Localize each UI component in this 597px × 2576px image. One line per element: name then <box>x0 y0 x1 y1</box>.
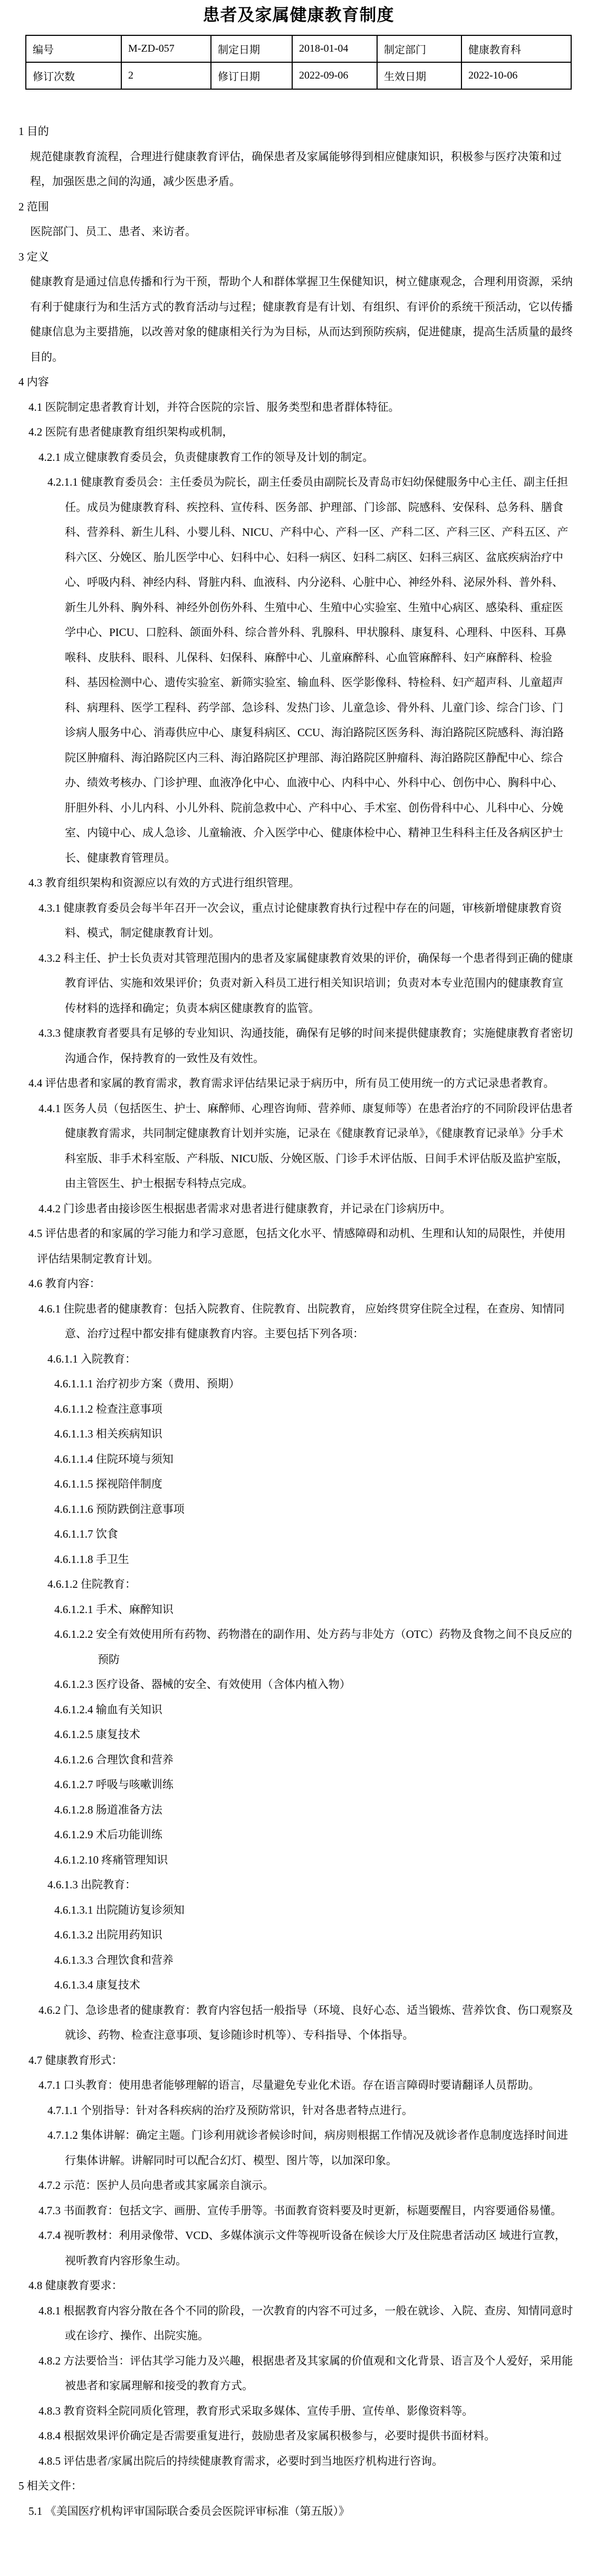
section-3: 3 定义 <box>0 245 573 270</box>
section-number: 4.7.1.1 <box>47 2104 78 2117</box>
section-number: 4.6.1.1.5 <box>54 1478 93 1490</box>
section-4.3: 4.3 教育组织架构和资源应以有效的方式进行组织管理。 <box>0 871 573 896</box>
section-text: 手术、麻醉知识 <box>96 1603 174 1616</box>
section-text: 呼吸与咳嗽训练 <box>96 1778 174 1791</box>
paragraph: 医院部门、员工、患者、来访者。 <box>0 219 573 245</box>
section-number: 4.1 <box>28 401 42 413</box>
section-4.3.1: 4.3.1 健康教育委员会每半年召开一次会议，重点讨论健康教育执行过程中存在的问… <box>0 896 573 946</box>
section-4.7.1: 4.7.1 口头教育：使用患者能够理解的语言，尽量避免专业化术语。存在语言障碍时… <box>0 2073 573 2098</box>
section-text: 健康教育是通过信息传播和行为干预，帮助个人和群体掌握卫生保健知识，树立健康观念，… <box>30 275 573 363</box>
section-4.6.1.2.9: 4.6.1.2.9 术后功能训练 <box>0 1822 573 1848</box>
section-text: 医务人员（包括医生、护士、麻醉师、心理咨询师、营养师、康复师等）在患者治疗的不同… <box>63 1102 573 1190</box>
section-4.6.1.1: 4.6.1.1 入院教育： <box>0 1347 573 1372</box>
section-number: 4.2 <box>28 426 42 438</box>
section-number: 4.6.1.3.3 <box>54 1954 93 1966</box>
section-text: 医院有患者健康教育组织架构或机制， <box>45 426 234 438</box>
section-number: 4.6.1.3 <box>47 1878 78 1891</box>
section-4.7.4: 4.7.4 视听教材：利用录像带、VCD、多媒体演示文件等视听设备在候诊大厅及住… <box>0 2223 573 2273</box>
section-text: 检查注意事项 <box>96 1403 162 1415</box>
section-text: 健康教育要求： <box>45 2279 123 2292</box>
document-title: 患者及家属健康教育制度 <box>0 2 597 27</box>
section-4.6.1.2.1: 4.6.1.2.1 手术、麻醉知识 <box>0 1597 573 1623</box>
section-number: 5.1 <box>28 2505 42 2517</box>
meta-label: 制定日期 <box>211 35 292 62</box>
section-text: 住院患者的健康教育：包括入院教育、住院教育、出院教育， 应始终贯穿住院全过程，在… <box>63 1303 564 1340</box>
section-number: 4.8.5 <box>38 2455 61 2467</box>
section-1: 1 目的 <box>0 119 573 144</box>
section-text: 入院教育： <box>81 1353 136 1365</box>
section-text: 康复技术 <box>96 1728 140 1741</box>
section-4.6.1.2.7: 4.6.1.2.7 呼吸与咳嗽训练 <box>0 1772 573 1798</box>
section-4.8.2: 4.8.2 方法要恰当：评估其学习能力及兴趣，根据患者及其家属的价值观和文化背景… <box>0 2349 573 2399</box>
section-text: 书面教育：包括文字、画册、宣传手册等。书面教育资料要及时更新，标题要醒目，内容要… <box>63 2204 562 2217</box>
meta-table: 编号M-ZD-057制定日期2018-01-04制定部门健康教育科修订次数2修订… <box>25 35 572 90</box>
section-number: 4.2.1.1 <box>47 476 78 488</box>
section-text: 教育组织架构和资源应以有效的方式进行组织管理。 <box>45 876 300 889</box>
section-number: 4.6.1.3.2 <box>54 1928 93 1941</box>
section-number: 4.6.1.2.5 <box>54 1728 93 1741</box>
meta-table-row: 编号M-ZD-057制定日期2018-01-04制定部门健康教育科 <box>26 35 571 62</box>
section-4.7: 4.7 健康教育形式： <box>0 2048 573 2073</box>
section-4.8: 4.8 健康教育要求： <box>0 2273 573 2299</box>
section-text: 住院环境与须知 <box>96 1453 174 1465</box>
section-number: 4.4 <box>28 1077 42 1089</box>
section-number: 4.6.1.2.8 <box>54 1803 93 1816</box>
meta-label: 修订日期 <box>211 62 292 89</box>
section-4.8.4: 4.8.4 根据效果评价确定是否需要重复进行，鼓励患者及家属积极参与，必要时提供… <box>0 2424 573 2449</box>
section-number: 4.8.1 <box>38 2304 61 2317</box>
section-number: 4.7.4 <box>38 2229 61 2242</box>
section-text: 方法要恰当：评估其学习能力及兴趣，根据患者及其家属的价值观和文化背景、语言及个人… <box>63 2355 573 2392</box>
section-text: 评估患者/家属出院后的持续健康教育需求，必要时到当地医疗机构进行咨询。 <box>63 2455 443 2467</box>
section-number: 4.8 <box>28 2279 42 2292</box>
section-text: 疼痛管理知识 <box>101 1854 168 1866</box>
section-4.6.1.3.3: 4.6.1.3.3 合理饮食和营养 <box>0 1948 573 1973</box>
section-number: 4.7.1 <box>38 2079 61 2091</box>
section-number: 4.3.2 <box>38 952 61 964</box>
section-number: 4.6.1.2.10 <box>54 1854 99 1866</box>
section-2: 2 范围 <box>0 195 573 220</box>
section-number: 4.6.1.1.3 <box>54 1427 93 1440</box>
meta-value: M-ZD-057 <box>121 35 211 62</box>
section-4.8.1: 4.8.1 根据教育内容分散在各个不同的阶段，一次教育的内容不可过多，一般在就诊… <box>0 2299 573 2349</box>
section-4.6.1.1.5: 4.6.1.1.5 探视陪伴制度 <box>0 1472 573 1497</box>
meta-label: 生效日期 <box>377 62 461 89</box>
section-text: 范围 <box>27 200 49 213</box>
section-number: 4.7.2 <box>38 2179 61 2192</box>
section-4: 4 内容 <box>0 370 573 395</box>
meta-value: 健康教育科 <box>461 35 571 62</box>
section-text: 肠道准备方法 <box>96 1803 162 1816</box>
section-text: 目的 <box>27 125 49 138</box>
meta-table-row: 修订次数2修订日期2022-09-06生效日期2022-10-06 <box>26 62 571 89</box>
section-4.3.2: 4.3.2 科主任、护士长负责对其管理范围内的患者及家属健康教育效果的评价，确保… <box>0 946 573 1021</box>
section-text: 评估患者的和家属的学习能力和学习意愿，包括文化水平、情感障碍和动机、生理和认知的… <box>37 1227 566 1265</box>
section-number: 4.3.1 <box>38 902 61 914</box>
section-number: 4.2.1 <box>38 451 61 464</box>
meta-value: 2022-10-06 <box>461 62 571 89</box>
section-4.4.2: 4.4.2 门诊患者由接诊医生根据患者需求对患者进行健康教育，并记录在门诊病历中… <box>0 1197 573 1222</box>
section-number: 4.6.1.1.7 <box>54 1528 93 1540</box>
section-4.6.1: 4.6.1 住院患者的健康教育：包括入院教育、住院教育、出院教育， 应始终贯穿住… <box>0 1297 573 1347</box>
section-text: 出院教育： <box>81 1878 136 1891</box>
section-number: 4.6.1.1.4 <box>54 1453 93 1465</box>
section-number: 4.6.1.2.6 <box>54 1753 93 1766</box>
section-number: 1 <box>18 125 24 138</box>
section-number: 4.6.1.2.3 <box>54 1678 93 1691</box>
section-text: 探视陪伴制度 <box>96 1478 162 1490</box>
section-number: 4.8.2 <box>38 2355 61 2367</box>
section-4.6.1.2.10: 4.6.1.2.10 疼痛管理知识 <box>0 1848 573 1873</box>
section-number: 4.6.1.1.8 <box>54 1553 93 1566</box>
section-4.6.1.2.3: 4.6.1.2.3 医疗设备、器械的安全、有效使用（含体内植入物） <box>0 1672 573 1697</box>
section-text: 规范健康教育流程，合理进行健康教育评估，确保患者及家属能够得到相应健康知识，积极… <box>30 150 562 188</box>
section-text: 合理饮食和营养 <box>96 1753 174 1766</box>
meta-label: 制定部门 <box>377 35 461 62</box>
section-4.3.3: 4.3.3 健康教育者要具有足够的专业知识、沟通技能，确保有足够的时间来提供健康… <box>0 1021 573 1071</box>
section-number: 4.6.1.2.1 <box>54 1603 93 1616</box>
section-text: 成立健康教育委员会，负责健康教育工作的领导及计划的制定。 <box>63 451 373 464</box>
section-number: 4.6.2 <box>38 2004 61 2017</box>
section-text: 门诊患者由接诊医生根据患者需求对患者进行健康教育，并记录在门诊病历中。 <box>63 1202 451 1215</box>
section-4.6.1.3.2: 4.6.1.3.2 出院用药知识 <box>0 1923 573 1948</box>
section-text: 根据效果评价确定是否需要重复进行，鼓励患者及家属积极参与，必要时提供书面材料。 <box>63 2429 495 2442</box>
section-text: 术后功能训练 <box>96 1828 162 1841</box>
section-4.6.1.2.4: 4.6.1.2.4 输血有关知识 <box>0 1697 573 1723</box>
section-number: 4.6.1.2.2 <box>54 1628 93 1641</box>
section-text: 个别指导：针对各科疾病的治疗及预防常识，针对各患者特点进行。 <box>81 2104 413 2117</box>
section-text: 合理饮食和营养 <box>96 1954 174 1966</box>
section-number: 4.7.1.2 <box>47 2129 78 2141</box>
section-4.6.1.3: 4.6.1.3 出院教育： <box>0 1873 573 1898</box>
section-text: 医疗设备、器械的安全、有效使用（含体内植入物） <box>96 1678 351 1691</box>
section-4.1: 4.1 医院制定患者教育计划，并符合医院的宗旨、服务类型和患者群体特征。 <box>0 395 573 420</box>
section-text: 出院用药知识 <box>96 1928 162 1941</box>
section-text: 评估患者和家属的教育需求，教育需求评估结果记录于病历中，所有员工使用统一的方式记… <box>45 1077 555 1089</box>
section-number: 4.5 <box>28 1227 42 1240</box>
section-number: 4.6.1.1 <box>47 1353 78 1365</box>
section-number: 4 <box>18 375 24 388</box>
section-4.6.1.3.1: 4.6.1.3.1 出院随访复诊须知 <box>0 1898 573 1923</box>
section-number: 4.3 <box>28 876 42 889</box>
section-4.7.2: 4.7.2 示范：医护人员向患者或其家属亲自演示。 <box>0 2173 573 2198</box>
section-text: 口头教育：使用患者能够理解的语言，尽量避免专业化术语。存在语言障碍时要请翻译人员… <box>63 2079 540 2091</box>
section-4.6.1.1.3: 4.6.1.1.3 相关疾病知识 <box>0 1422 573 1447</box>
paragraph: 健康教育是通过信息传播和行为干预，帮助个人和群体掌握卫生保健知识，树立健康观念，… <box>0 269 573 370</box>
section-4.6.1.1.8: 4.6.1.1.8 手卫生 <box>0 1547 573 1572</box>
section-4.4.1: 4.4.1 医务人员（包括医生、护士、麻醉师、心理咨询师、营养师、康复师等）在患… <box>0 1096 573 1197</box>
section-5: 5 相关文件： <box>0 2474 573 2499</box>
section-number: 2 <box>18 200 24 213</box>
section-number: 3 <box>18 250 24 263</box>
section-number: 4.6.1.2.4 <box>54 1703 93 1716</box>
section-4.7.1.2: 4.7.1.2 集体讲解：确定主题。门诊利用就诊者候诊时间，病房则根据工作情况及… <box>0 2123 573 2173</box>
section-text: 教育资料全院同质化管理，教育形式采取多媒体、宣传手册、宣传单、影像资料等。 <box>63 2405 473 2417</box>
section-text: 根据教育内容分散在各个不同的阶段，一次教育的内容不可过多，一般在就诊、入院、查房… <box>63 2304 573 2342</box>
section-number: 4.6.1.1.2 <box>54 1403 93 1415</box>
section-4.5: 4.5 评估患者的和家属的学习能力和学习意愿，包括文化水平、情感障碍和动机、生理… <box>0 1221 573 1271</box>
section-text: 门、急诊患者的健康教育：教育内容包括一般指导（环境、良好心态、适当锻炼、营养饮食… <box>63 2004 573 2042</box>
section-4.8.3: 4.8.3 教育资料全院同质化管理，教育形式采取多媒体、宣传手册、宣传单、影像资… <box>0 2399 573 2424</box>
section-4.7.3: 4.7.3 书面教育：包括文字、画册、宣传手册等。书面教育资料要及时更新，标题要… <box>0 2198 573 2224</box>
section-4.6.1.2.2: 4.6.1.2.2 安全有效使用所有药物、药物潜在的副作用、处方药与非处方（OT… <box>0 1622 573 1672</box>
section-number: 4.6 <box>28 1277 42 1290</box>
section-number: 4.7 <box>28 2054 42 2067</box>
section-number: 4.6.1.1.1 <box>54 1377 93 1390</box>
section-text: 输血有关知识 <box>96 1703 162 1716</box>
section-text: 出院随访复诊须知 <box>96 1904 185 1916</box>
section-number: 4.8.4 <box>38 2429 61 2442</box>
section-number: 4.4.1 <box>38 1102 61 1115</box>
section-4.6.1.1.2: 4.6.1.1.2 检查注意事项 <box>0 1397 573 1422</box>
section-5.1: 5.1 《美国医疗机构评审国际联合委员会医院评审标准（第五版）》 <box>0 2499 573 2524</box>
meta-label: 编号 <box>26 35 121 62</box>
section-text: 教育内容： <box>45 1277 101 1290</box>
section-number: 4.6.1.2 <box>47 1578 78 1590</box>
section-number: 5 <box>18 2479 24 2492</box>
meta-value: 2022-09-06 <box>292 62 377 89</box>
section-text: 示范：医护人员向患者或其家属亲自演示。 <box>63 2179 274 2192</box>
section-4.6.1.1.7: 4.6.1.1.7 饮食 <box>0 1522 573 1547</box>
section-4.6: 4.6 教育内容： <box>0 1271 573 1297</box>
section-4.4: 4.4 评估患者和家属的教育需求，教育需求评估结果记录于病历中，所有员工使用统一… <box>0 1071 573 1096</box>
document-page: 患者及家属健康教育制度 编号M-ZD-057制定日期2018-01-04制定部门… <box>0 0 597 2576</box>
section-4.6.1.2.5: 4.6.1.2.5 康复技术 <box>0 1722 573 1748</box>
section-text: 治疗初步方案（费用、预期） <box>96 1377 240 1390</box>
section-text: 手卫生 <box>96 1553 129 1566</box>
section-number: 4.3.3 <box>38 1027 61 1039</box>
section-4.6.1.1.1: 4.6.1.1.1 治疗初步方案（费用、预期） <box>0 1372 573 1397</box>
section-text: 安全有效使用所有药物、药物潜在的副作用、处方药与非处方（OTC）药物及食物之间不… <box>96 1628 572 1666</box>
section-text: 饮食 <box>96 1528 118 1540</box>
section-text: 定义 <box>27 250 49 263</box>
document-body: 1 目的规范健康教育流程，合理进行健康教育评估，确保患者及家属能够得到相应健康知… <box>0 119 597 2524</box>
section-text: 健康教育形式： <box>45 2054 123 2067</box>
meta-label: 修订次数 <box>26 62 121 89</box>
section-text: 预防跌倒注意事项 <box>96 1503 185 1516</box>
section-text: 内容 <box>27 375 49 388</box>
section-4.6.1.2.8: 4.6.1.2.8 肠道准备方法 <box>0 1798 573 1823</box>
section-text: 视听教材：利用录像带、VCD、多媒体演示文件等视听设备在候诊大厅及住院患者活动区… <box>63 2229 566 2267</box>
section-4.2.1: 4.2.1 成立健康教育委员会，负责健康教育工作的领导及计划的制定。 <box>0 445 573 470</box>
meta-value: 2018-01-04 <box>292 35 377 62</box>
meta-table-body: 编号M-ZD-057制定日期2018-01-04制定部门健康教育科修订次数2修订… <box>26 35 571 89</box>
section-number: 4.6.1.3.1 <box>54 1904 93 1916</box>
section-number: 4.6.1.2.9 <box>54 1828 93 1841</box>
meta-value: 2 <box>121 62 211 89</box>
paragraph: 规范健康教育流程，合理进行健康教育评估，确保患者及家属能够得到相应健康知识，积极… <box>0 144 573 195</box>
section-text: 健康教育委员会每半年召开一次会议，重点讨论健康教育执行过程中存在的问题，审核新增… <box>63 902 562 940</box>
section-number: 4.6.1.2.7 <box>54 1778 93 1791</box>
section-text: 相关文件： <box>27 2479 82 2492</box>
section-text: 健康教育委员会：主任委员为院长，副主任委员由副院长及青岛市妇幼保健服务中心主任、… <box>65 476 568 864</box>
section-text: 科主任、护士长负责对其管理范围内的患者及家属健康教育效果的评价，确保每一个患者得… <box>63 952 573 1015</box>
section-number: 4.6.1.3.4 <box>54 1979 93 1991</box>
section-4.2.1.1: 4.2.1.1 健康教育委员会：主任委员为院长，副主任委员由副院长及青岛市妇幼保… <box>0 470 573 871</box>
section-4.6.2: 4.6.2 门、急诊患者的健康教育：教育内容包括一般指导（环境、良好心态、适当锻… <box>0 1998 573 2048</box>
section-4.8.5: 4.8.5 评估患者/家属出院后的持续健康教育需求，必要时到当地医疗机构进行咨询… <box>0 2449 573 2474</box>
section-4.6.1.1.4: 4.6.1.1.4 住院环境与须知 <box>0 1447 573 1472</box>
section-text: 康复技术 <box>96 1979 140 1991</box>
section-text: 医院部门、员工、患者、来访者。 <box>30 225 196 238</box>
section-4.6.1.2: 4.6.1.2 住院教育： <box>0 1572 573 1597</box>
section-4.7.1.1: 4.7.1.1 个别指导：针对各科疾病的治疗及预防常识，针对各患者特点进行。 <box>0 2098 573 2124</box>
section-text: 相关疾病知识 <box>96 1427 162 1440</box>
section-number: 4.7.3 <box>38 2204 61 2217</box>
section-text: 集体讲解：确定主题。门诊利用就诊者候诊时间，病房则根据工作情况及就诊者作息制度选… <box>65 2129 568 2167</box>
section-number: 4.4.2 <box>38 1202 61 1215</box>
section-number: 4.8.3 <box>38 2405 61 2417</box>
section-4.2: 4.2 医院有患者健康教育组织架构或机制， <box>0 420 573 445</box>
section-number: 4.6.1.1.6 <box>54 1503 93 1516</box>
section-4.6.1.1.6: 4.6.1.1.6 预防跌倒注意事项 <box>0 1497 573 1522</box>
section-text: 住院教育： <box>81 1578 136 1590</box>
section-number: 4.6.1 <box>38 1303 61 1315</box>
section-4.6.1.3.4: 4.6.1.3.4 康复技术 <box>0 1973 573 1998</box>
section-text: 健康教育者要具有足够的专业知识、沟通技能，确保有足够的时间来提供健康教育；实施健… <box>63 1027 573 1065</box>
section-text: 医院制定患者教育计划，并符合医院的宗旨、服务类型和患者群体特征。 <box>45 401 400 413</box>
section-4.6.1.2.6: 4.6.1.2.6 合理饮食和营养 <box>0 1748 573 1773</box>
section-text: 《美国医疗机构评审国际联合委员会医院评审标准（第五版）》 <box>45 2505 350 2517</box>
